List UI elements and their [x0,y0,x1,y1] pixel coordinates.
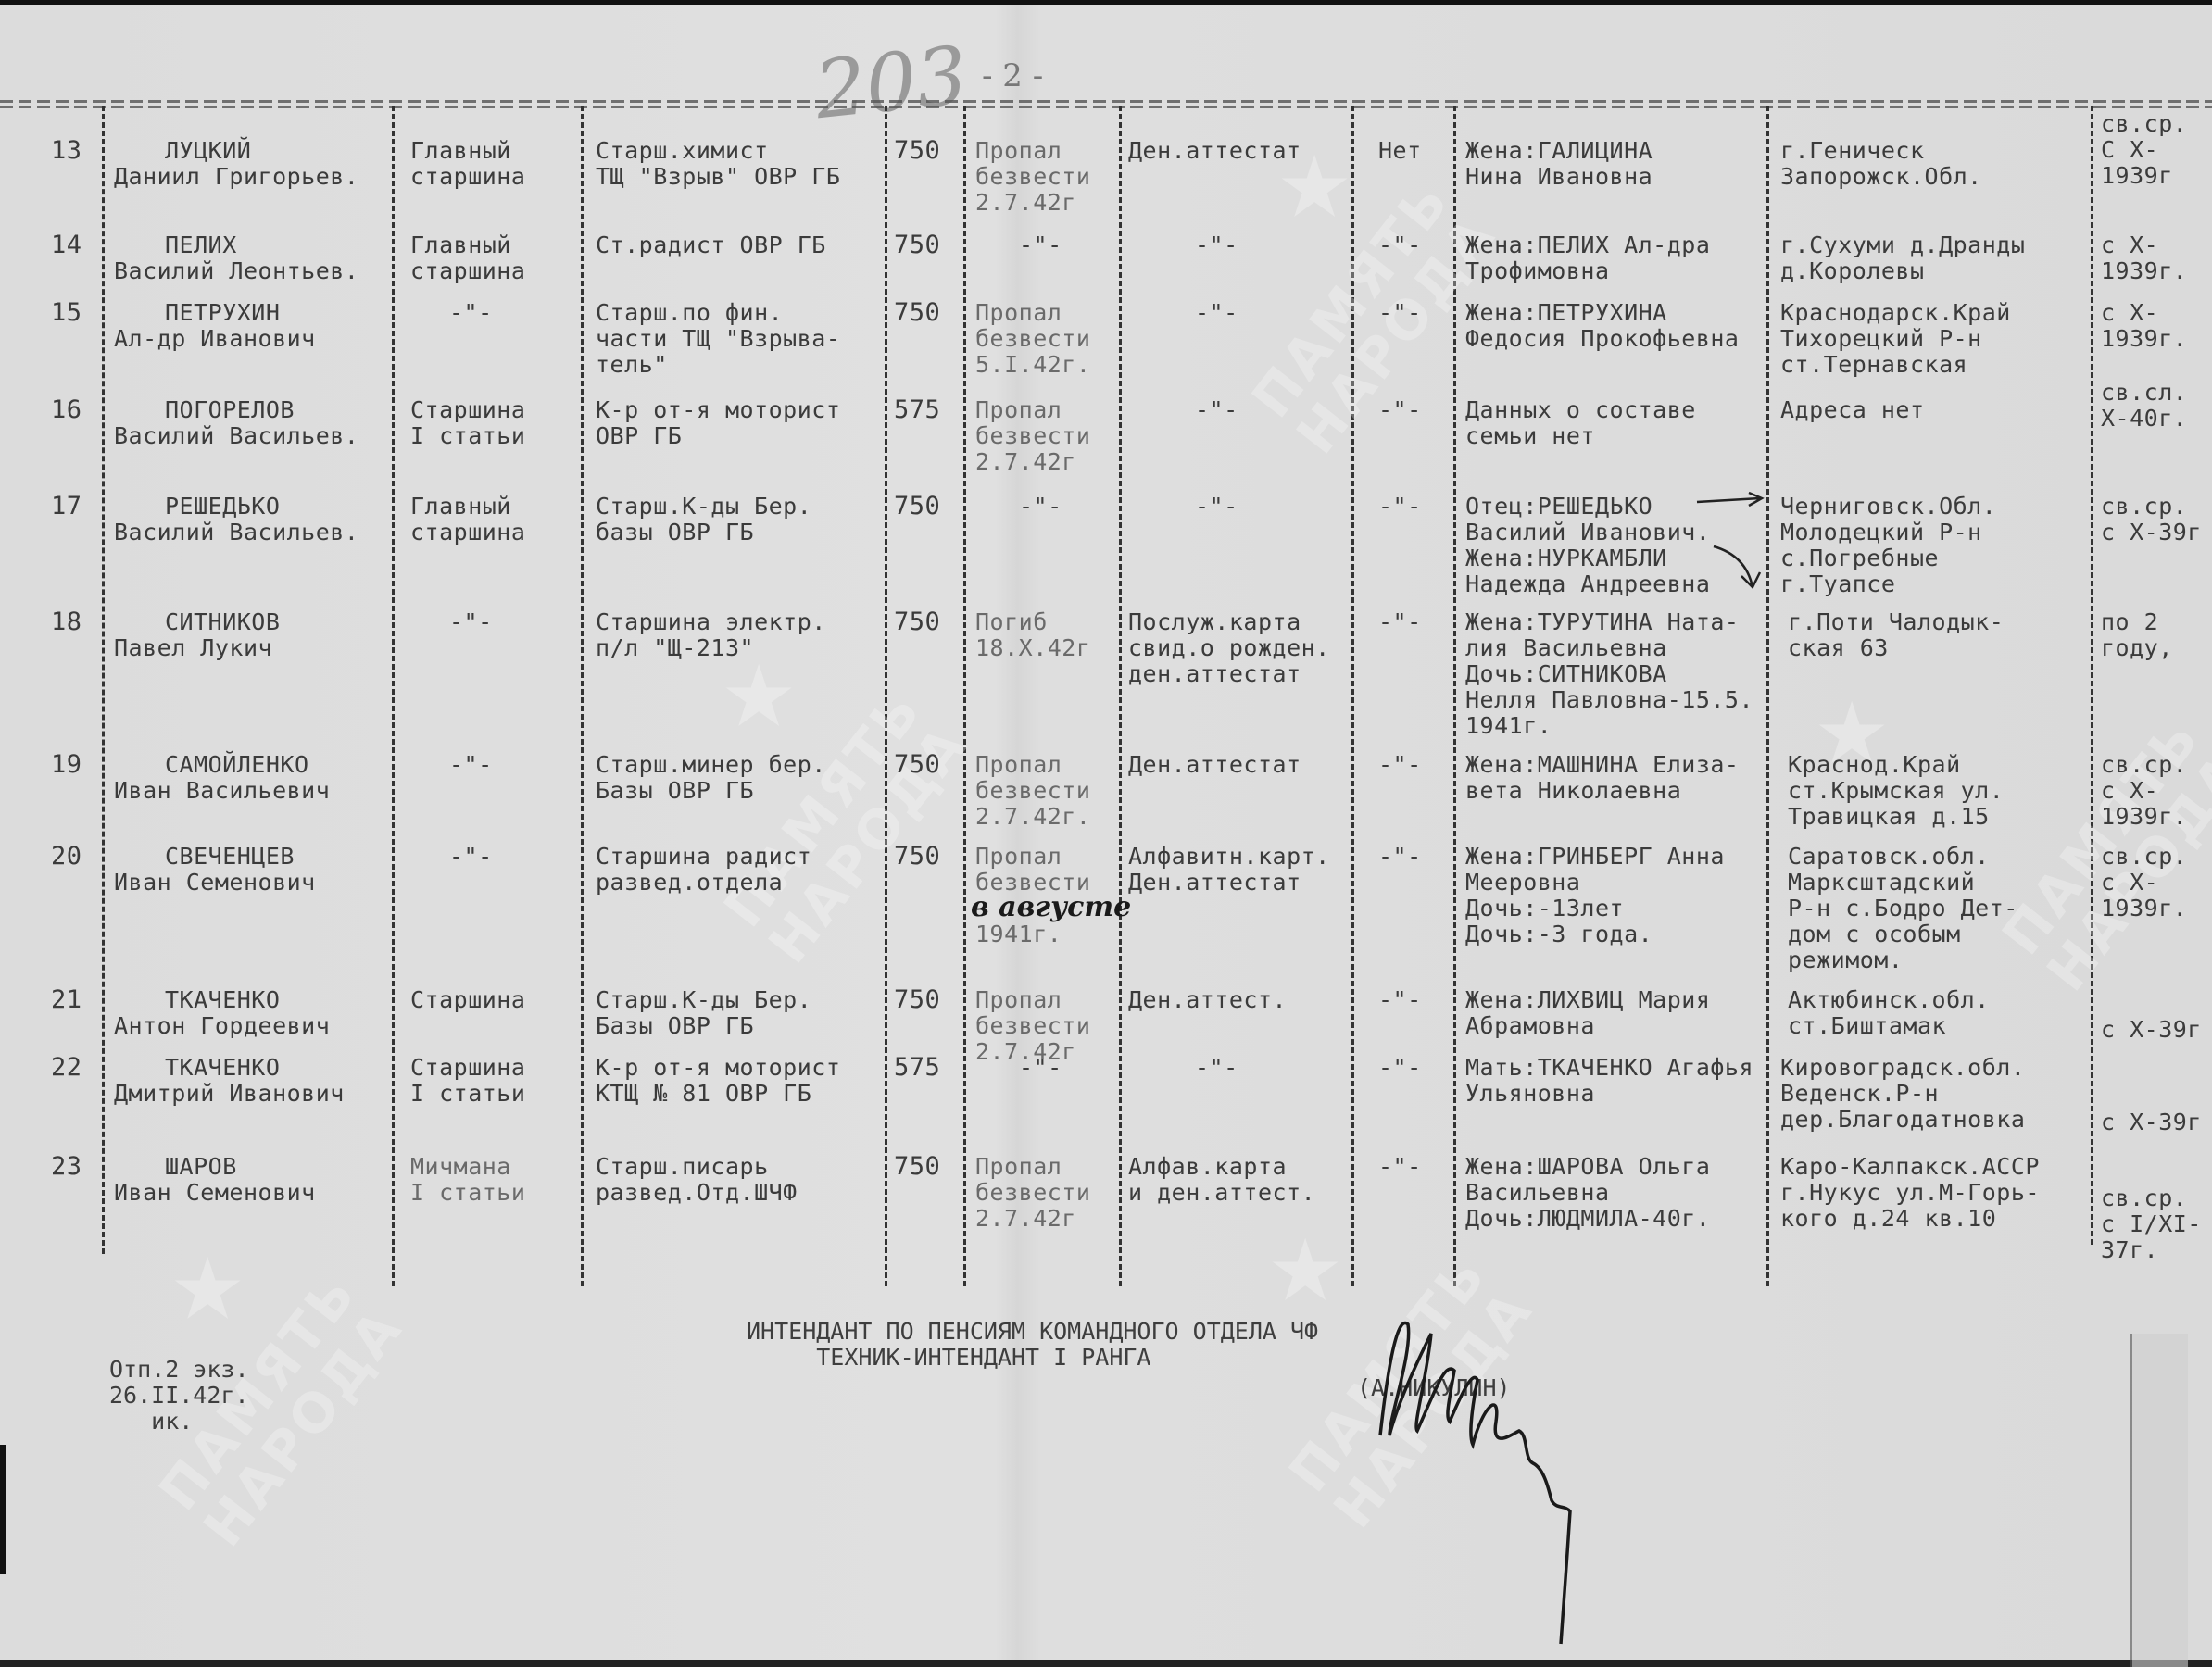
handwritten-correction: в августе [971,891,1131,923]
position: Старш.К-ды Бер. базы ОВР ГБ [596,494,811,545]
fate: Пропал безвести 2.7.42г. [975,752,1090,830]
position: Старш.писарь развед.Отд.ШЧФ [596,1154,798,1206]
pension-amount: 750 [894,752,940,778]
row-number: 23 [51,1154,82,1180]
address: Кировоградск.обл. Веденск.Р-н дер.Благод… [1780,1055,2025,1133]
surname: ПОГОРЕЛОВ [165,397,295,423]
family: Жена:ШАРОВА Ольга Васильевна Дочь:ЛЮДМИЛ… [1465,1154,1710,1232]
documents: Алфав.карта и ден.аттест. [1128,1154,1315,1206]
column-divider [102,106,105,1254]
other: -"- [1378,1154,1422,1180]
other: -"- [1378,987,1422,1013]
family: Жена:МАШНИНА Елиза- вета Николаевна [1465,752,1739,804]
position: Старш.К-ды Бер. Базы ОВР ГБ [596,987,811,1039]
paper-tear [2130,1334,2188,1667]
signatory-title: ИНТЕНДАНТ ПО ПЕНСИЯМ КОМАНДНОГО ОТДЕЛА Ч… [747,1319,1318,1371]
given-name: Дмитрий Иванович [114,1081,345,1107]
archival-document-page: 203 - 2 - ПАМЯТЬ НАРОДА ПАМЯТЬ НАРОДА ПА… [0,0,2212,1667]
service: св.ср. с Х-39г [2101,494,2202,545]
fate: -"- [1019,494,1062,520]
surname: ШАРОВ [165,1154,237,1180]
typed-page-marker: - 2 - [982,57,1043,94]
service: по 2 году, [2101,609,2173,661]
family: Жена:ГРИНБЕРГ Анна Мееровна Дочь:-13лет … [1465,844,1725,947]
service: св.ср. С Х- 1939г [2101,111,2187,189]
fate: Пропал безвести 5.I.42г. [975,300,1090,378]
row-number: 18 [51,609,82,635]
documents: -"- [1195,232,1238,258]
address: Краснодарск.Край Тихорецкий Р-н ст.Терна… [1780,300,2011,378]
documents: Ден.аттестат [1128,752,1301,778]
given-name: Даниил Григорьев. [114,164,358,190]
surname: ЛУЦКИЙ [165,138,251,164]
pension-amount: 750 [894,300,940,326]
other: Нет [1378,138,1422,164]
column-divider [963,106,966,1286]
given-name: Ал-др Иванович [114,326,316,352]
other: -"- [1378,752,1422,778]
pension-amount: 750 [894,609,940,635]
fate: -"- [1019,232,1062,258]
position: К-р от-я моторист ОВР ГБ [596,397,840,449]
service: с Х- 1939г. [2101,232,2187,284]
address: г.Поти Чалодык- ская 63 [1788,609,2004,661]
pension-amount: 750 [894,987,940,1013]
column-divider [392,106,395,1286]
family: Данных о составе семьи нет [1465,397,1696,449]
column-divider [2091,106,2093,1245]
pension-amount: 575 [894,1055,940,1081]
rank: Старшина I статьи [410,397,525,449]
given-name: Павел Лукич [114,635,272,661]
family: Жена:ЛИХВИЦ Мария Абрамовна [1465,987,1710,1039]
service: св.ср. с I/ХI- 37г. [2101,1185,2202,1263]
fate: Пропал безвести 2.7.42г [975,1154,1090,1232]
other: -"- [1378,609,1422,635]
service: с Х-39г [2101,1017,2202,1043]
service: с Х- 1939г. [2101,300,2187,352]
column-divider [1766,106,1769,1286]
documents: -"- [1195,300,1238,326]
row-number: 15 [51,300,82,326]
surname: СИТНИКОВ [165,609,280,635]
position: К-р от-я моторист КТЩ № 81 ОВР ГБ [596,1055,840,1107]
row-number: 20 [51,844,82,870]
family: Жена:ПЕЛИХ Ал-дра Трофимовна [1465,232,1710,284]
rank: -"- [449,844,493,870]
family: Мать:ТКАЧЕНКО Агафья Ульяновна [1465,1055,1753,1107]
documents: -"- [1195,1055,1238,1081]
surname: ТКАЧЕНКО [165,1055,280,1081]
given-name: Антон Гордеевич [114,1013,330,1039]
position: Старшина электр. п/л "Щ-213" [596,609,826,661]
rank: -"- [449,609,493,635]
scan-bottom-edge [0,1660,2212,1667]
rank: -"- [449,752,493,778]
rank: Мичмана I статьи [410,1154,525,1206]
surname: САМОЙЛЕНКО [165,752,309,778]
signature-icon [1371,1297,1649,1648]
given-name: Иван Семенович [114,870,316,896]
service: св.ср. с Х- 1939г. [2101,844,2187,921]
given-name: Василий Леонтьев. [114,258,358,284]
other: -"- [1378,844,1422,870]
copies-note: Отп.2 экз. 26.II.42г. ик. [109,1357,249,1435]
scan-left-edge [0,1445,6,1574]
other: -"- [1378,232,1422,258]
position: Старш.минер бер. Базы ОВР ГБ [596,752,826,804]
fate: Погиб 18.Х.42г [975,609,1090,661]
pension-amount: 750 [894,494,940,520]
position: Старш.химист ТЩ "Взрыв" ОВР ГБ [596,138,840,190]
documents: Ден.аттестат [1128,138,1301,164]
given-name: Василий Васильев. [114,520,358,545]
rank: Старшина I статьи [410,1055,525,1107]
address: Краснод.Край ст.Крымская ул. Травицкая д… [1788,752,2004,830]
watermark-star-icon: ★ [1269,1204,1380,1315]
rank: Главный старшина [410,494,525,545]
rank: Главный старшина [410,232,525,284]
other: -"- [1378,397,1422,423]
address: г.Сухуми д.Дранды д.Королевы [1780,232,2025,284]
row-number: 14 [51,232,82,258]
fate: -"- [1019,1055,1062,1081]
watermark-star-icon: ★ [171,1222,283,1334]
service: св.ср. с Х- 1939г. [2101,752,2187,830]
row-number: 21 [51,987,82,1013]
surname: ПЕЛИХ [165,232,237,258]
table-top-rule [0,100,2212,113]
given-name: Василий Васильев. [114,423,358,449]
documents: Алфавитн.карт. Ден.аттестат [1128,844,1330,896]
family: Отец:РЕШЕДЬКО Василий Иванович. Жена:НУР… [1465,494,1710,597]
family: Жена:ГАЛИЦИНА Нина Ивановна [1465,138,1653,190]
fate: Пропал безвести 2.7.42г [975,397,1090,475]
address: Саратовск.обл. Марксштадский Р-н с.Бодро… [1788,844,2018,973]
surname: РЕШЕДЬКО [165,494,280,520]
rank: Старшина [410,987,525,1013]
column-divider [581,106,584,1286]
documents: Послуж.карта свид.о рожден. ден.аттестат [1128,609,1330,687]
row-number: 19 [51,752,82,778]
position: Старш.по фин. части ТЩ "Взрыва- тель" [596,300,840,378]
pension-amount: 750 [894,844,940,870]
position: Старшина радист развед.отдела [596,844,811,896]
documents: -"- [1195,397,1238,423]
address: Актюбинск.обл. ст.Биштамак [1788,987,1990,1039]
given-name: Иван Семенович [114,1180,316,1206]
rank: Главный старшина [410,138,525,190]
pension-amount: 750 [894,1154,940,1180]
other: -"- [1378,494,1422,520]
address: г.Геническ Запорожск.Обл. [1780,138,1982,190]
documents: -"- [1195,494,1238,520]
address: Каро-Калпакск.АССР г.Нукус ул.М-Горь- ко… [1780,1154,2040,1232]
row-number: 17 [51,494,82,520]
surname: СВЕЧЕНЦЕВ [165,844,295,870]
given-name: Иван Васильевич [114,778,330,804]
scan-top-edge [0,0,2212,5]
pension-amount: 575 [894,397,940,423]
row-number: 16 [51,397,82,423]
other: -"- [1378,1055,1422,1081]
service: св.сл. Х-40г. [2101,380,2187,432]
pension-amount: 750 [894,232,940,258]
handwritten-page-number: 203 [811,30,972,138]
position: Ст.радист ОВР ГБ [596,232,826,258]
handwritten-arrow-icon [1695,491,1769,593]
documents: Ден.аттест. [1128,987,1287,1013]
row-number: 13 [51,138,82,164]
other: -"- [1378,300,1422,326]
address: Черниговск.Обл. Молодецкий Р-н с.Погребн… [1780,494,1996,597]
row-number: 22 [51,1055,82,1081]
column-divider [1119,106,1122,1286]
pension-amount: 750 [894,138,940,164]
service: с Х-39г [2101,1109,2202,1135]
family: Жена:ТУРУТИНА Ната- лия Васильевна Дочь:… [1465,609,1753,739]
address: Адреса нет [1780,397,1925,423]
fate: Пропал безвести 2.7.42г [975,138,1090,216]
rank: -"- [449,300,493,326]
surname: ПЕТРУХИН [165,300,280,326]
surname: ТКАЧЕНКО [165,987,280,1013]
family: Жена:ПЕТРУХИНА Федосия Прокофьевна [1465,300,1739,352]
